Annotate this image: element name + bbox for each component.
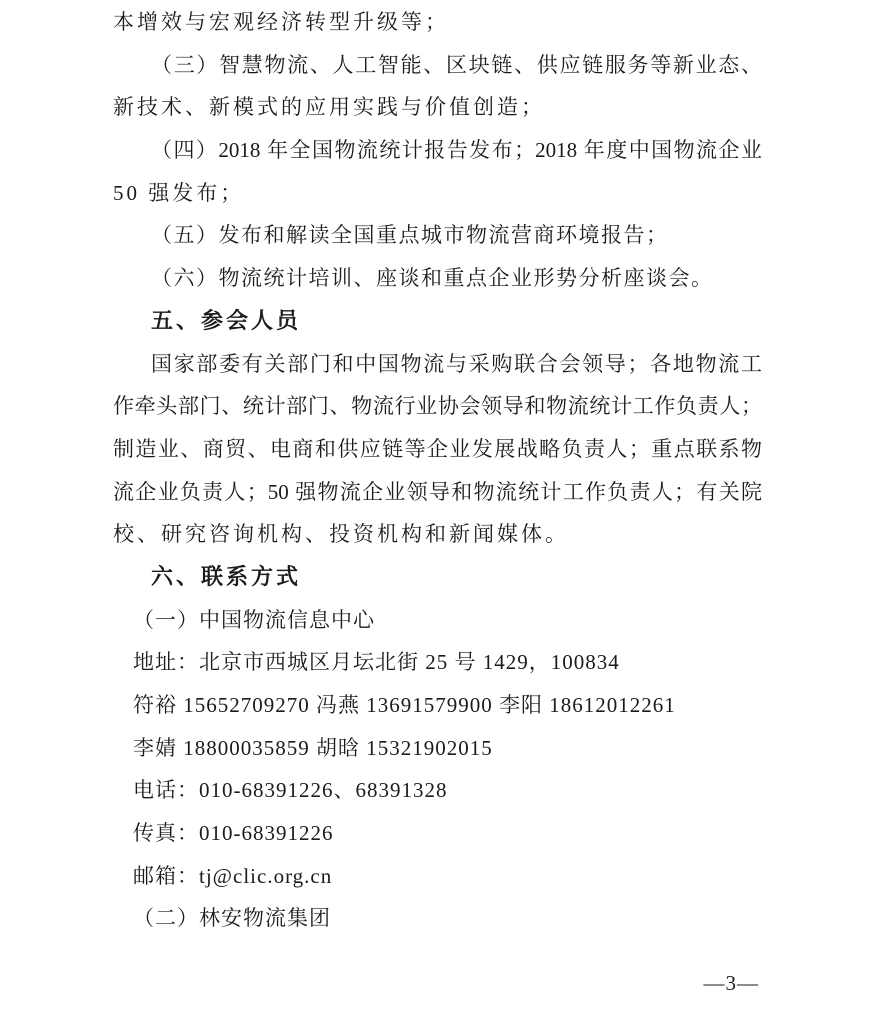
text-line: （三）智慧物流、人工智能、区块链、供应链服务等新业态、 (113, 44, 762, 87)
text-line: （二）林安物流集团 (113, 897, 762, 940)
text-line: 校、研究咨询机构、投资机构和新闻媒体。 (113, 513, 762, 556)
page-number: —3— (704, 968, 760, 998)
text-line: 六、联系方式 (113, 556, 762, 599)
text-line: 符裕 15652709270 冯燕 13691579900 李阳 1861201… (113, 684, 762, 727)
text-line: 邮箱：tj@clic.org.cn (113, 855, 762, 898)
text-line: 地址：北京市西城区月坛北街 25 号 1429，100834 (113, 641, 762, 684)
text-line: 新技术、新模式的应用实践与价值创造； (113, 86, 762, 129)
text-line: 国家部委有关部门和中国物流与采购联合会领导；各地物流工 (113, 343, 762, 386)
text-line: 50 强发布； (113, 172, 762, 215)
text-line: （四）2018 年全国物流统计报告发布；2018 年度中国物流企业 (113, 129, 762, 172)
text-line: （五）发布和解读全国重点城市物流营商环境报告； (113, 214, 762, 257)
text-line: （六）物流统计培训、座谈和重点企业形势分析座谈会。 (113, 257, 762, 300)
text-line: 李婧 18800035859 胡晗 15321902015 (113, 727, 762, 770)
text-line: 五、参会人员 (113, 300, 762, 343)
text-line: 作牵头部门、统计部门、物流行业协会领导和物流统计工作负责人； (113, 385, 762, 428)
text-line: 传真：010-68391226 (113, 812, 762, 855)
text-line: 本增效与宏观经济转型升级等； (113, 1, 762, 44)
text-line: 制造业、商贸、电商和供应链等企业发展战略负责人；重点联系物 (113, 428, 762, 471)
text-line: 流企业负责人；50 强物流企业领导和物流统计工作负责人；有关院 (113, 471, 762, 514)
document-page: 本增效与宏观经济转型升级等；（三）智慧物流、人工智能、区块链、供应链服务等新业态… (0, 0, 874, 1014)
document-lines: 本增效与宏观经济转型升级等；（三）智慧物流、人工智能、区块链、供应链服务等新业态… (113, 1, 762, 940)
text-line: （一）中国物流信息中心 (113, 599, 762, 642)
text-line: 电话：010-68391226、68391328 (113, 769, 762, 812)
